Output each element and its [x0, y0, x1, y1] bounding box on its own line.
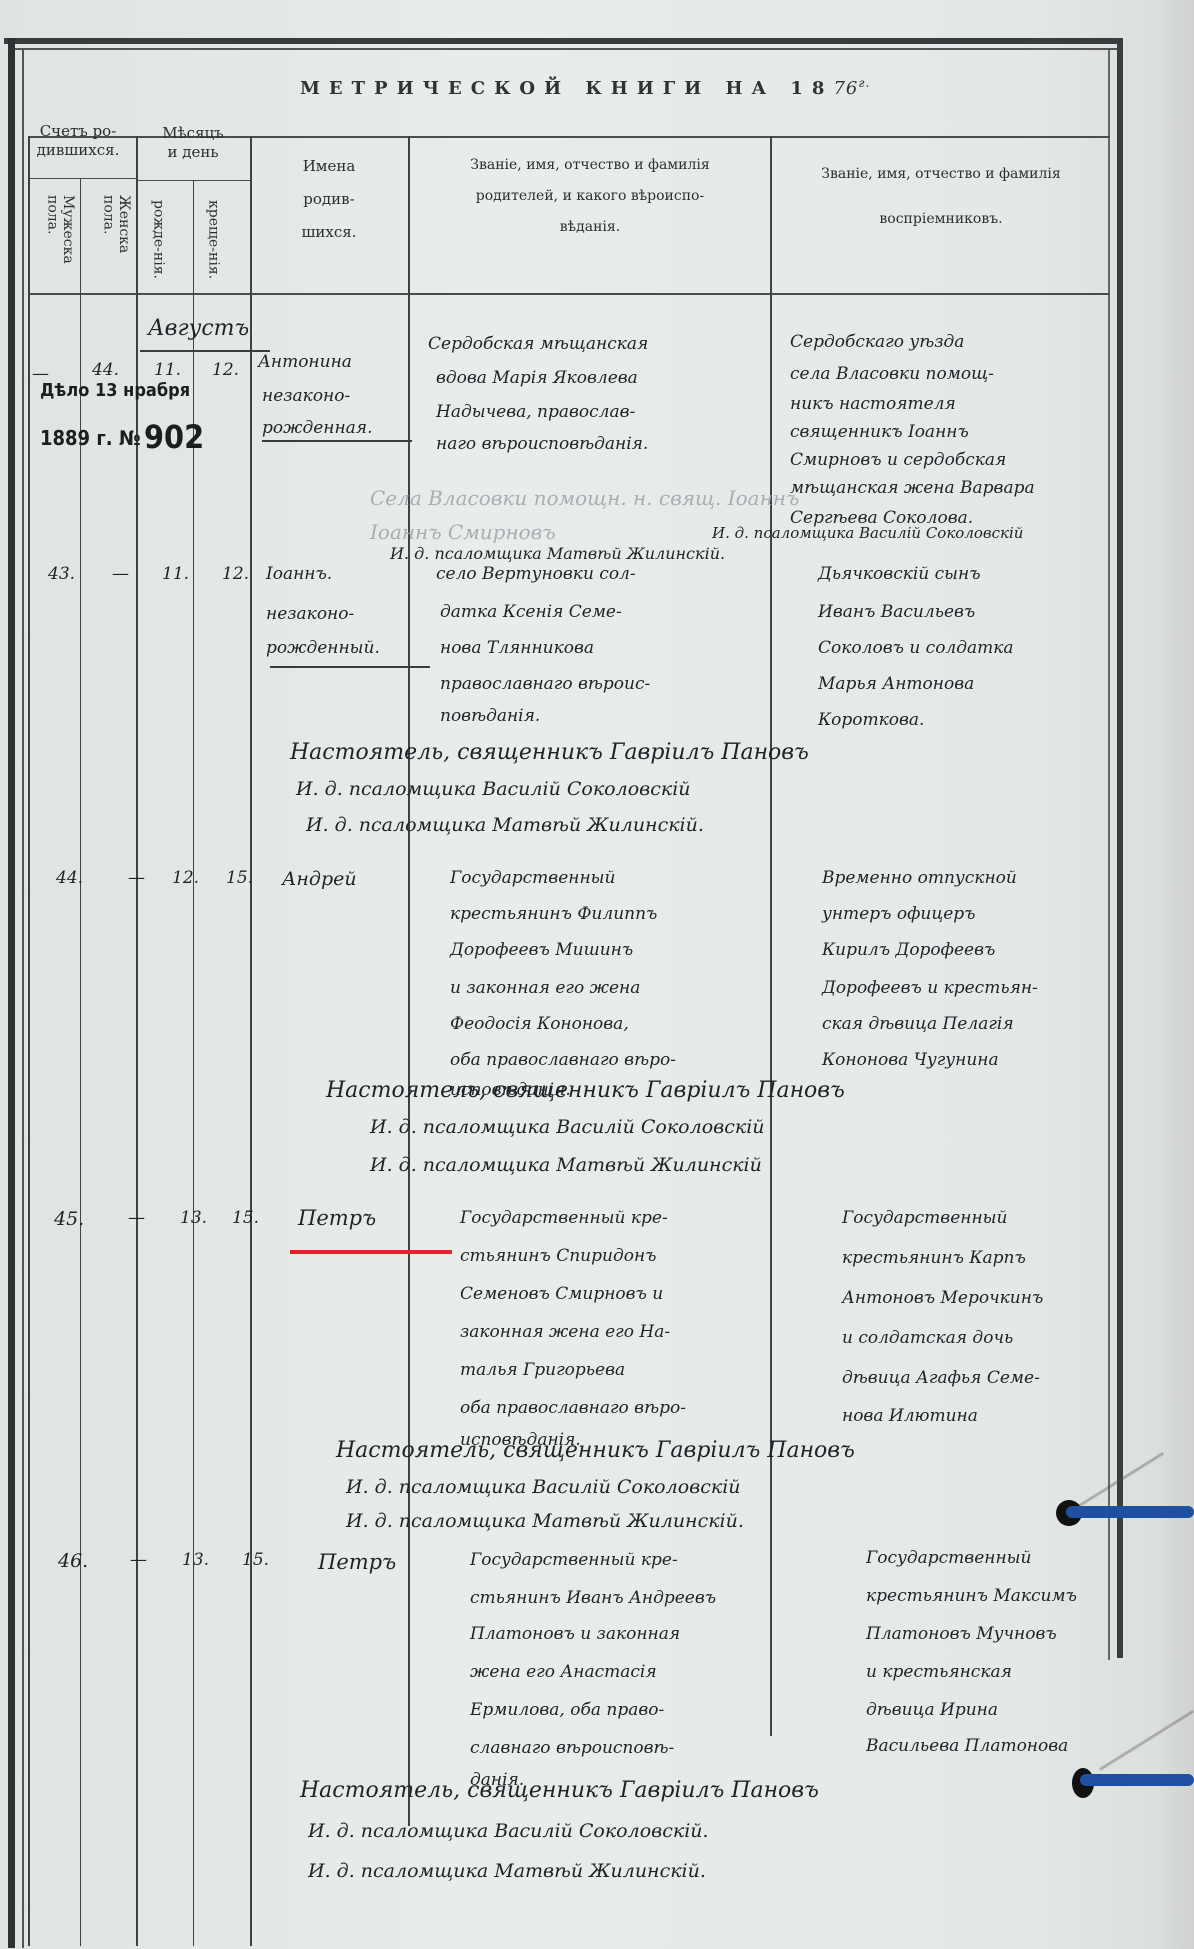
header-bottom-rule	[28, 293, 1110, 295]
entry1-birth: 11.	[154, 362, 181, 379]
entry1-female: 44.	[92, 362, 119, 379]
entry2-baptism: 12.	[222, 566, 249, 583]
entry3-birth: 12.	[172, 870, 199, 887]
header-female: Женска пола.	[100, 195, 131, 290]
title-suffix: г.	[858, 76, 870, 90]
header-parents: Званіе, имя, отчество и фамиліяродителей…	[412, 150, 768, 242]
entry5-female: —	[130, 1552, 147, 1569]
entry4-male: 45.	[54, 1210, 84, 1229]
title-year: 76	[833, 78, 858, 99]
entry5-baptism: 15.	[242, 1552, 269, 1569]
archive-stamp-number: 902	[144, 418, 204, 456]
frame-border-left-inner	[22, 48, 24, 1948]
entry5-male: 46.	[58, 1552, 88, 1571]
entry4-name: Петръ	[298, 1208, 376, 1229]
name-underline	[262, 440, 412, 442]
month-subrule	[138, 180, 250, 181]
highlight-underline	[290, 1250, 452, 1254]
entry2-female: —	[112, 566, 129, 583]
header-baptism: креще-нія.	[205, 200, 220, 290]
entry5-birth: 13.	[182, 1552, 209, 1569]
entry2-birth: 11.	[162, 566, 189, 583]
header-birth: рожде-нія.	[150, 200, 165, 290]
entry-month: Августъ	[148, 318, 249, 340]
entry4-female: —	[128, 1210, 145, 1227]
col-line-4	[250, 136, 252, 1946]
frame-border-top	[4, 38, 1120, 44]
count-subrule	[28, 178, 136, 179]
binding-thread-2	[1080, 1774, 1194, 1786]
frame-border-right	[1117, 38, 1123, 1658]
col-line-2	[136, 136, 138, 1946]
archive-stamp-line1: Дѣло 13 нрабря	[40, 380, 190, 401]
header-count: Счетъ ро-дившихся.	[20, 122, 136, 160]
entry1-baptism: 12.	[212, 362, 239, 379]
entry3-name: Андрей	[282, 870, 357, 889]
entry5-name: Петръ	[318, 1552, 396, 1573]
entry3-female: —	[128, 870, 145, 887]
entry3-male: 44.	[56, 870, 83, 887]
archive-stamp-line2: 1889 г. №	[40, 426, 141, 450]
month-underline	[140, 350, 270, 352]
col-line-0	[28, 136, 30, 1946]
entry4-birth: 13.	[180, 1210, 207, 1227]
header-names: Именародив-шихся.	[254, 150, 404, 249]
header-month: Мѣсяцъи день	[136, 124, 250, 162]
binding-thread-1	[1066, 1506, 1194, 1518]
entry2-male: 43.	[48, 566, 75, 583]
frame-border-right-inner	[1108, 50, 1110, 1660]
page-title: МЕТРИЧЕСКОЙ КНИГИ НА 1876г.	[300, 76, 940, 99]
col-line-6	[770, 136, 772, 1736]
frame-border-left	[8, 38, 15, 1948]
title-printed: МЕТРИЧЕСКОЙ КНИГИ НА 18	[300, 78, 833, 99]
name-underline-2	[270, 666, 430, 668]
entry4-baptism: 15.	[232, 1210, 259, 1227]
header-male: Мужеска пола.	[44, 195, 75, 290]
frame-border-top-inner	[12, 48, 1118, 50]
header-godparents: Званіе, имя, отчество и фамиліявоспріемн…	[774, 152, 1108, 242]
entry3-baptism: 15.	[226, 870, 253, 887]
page-edge	[1154, 0, 1194, 1949]
col-line-5	[408, 136, 410, 1826]
